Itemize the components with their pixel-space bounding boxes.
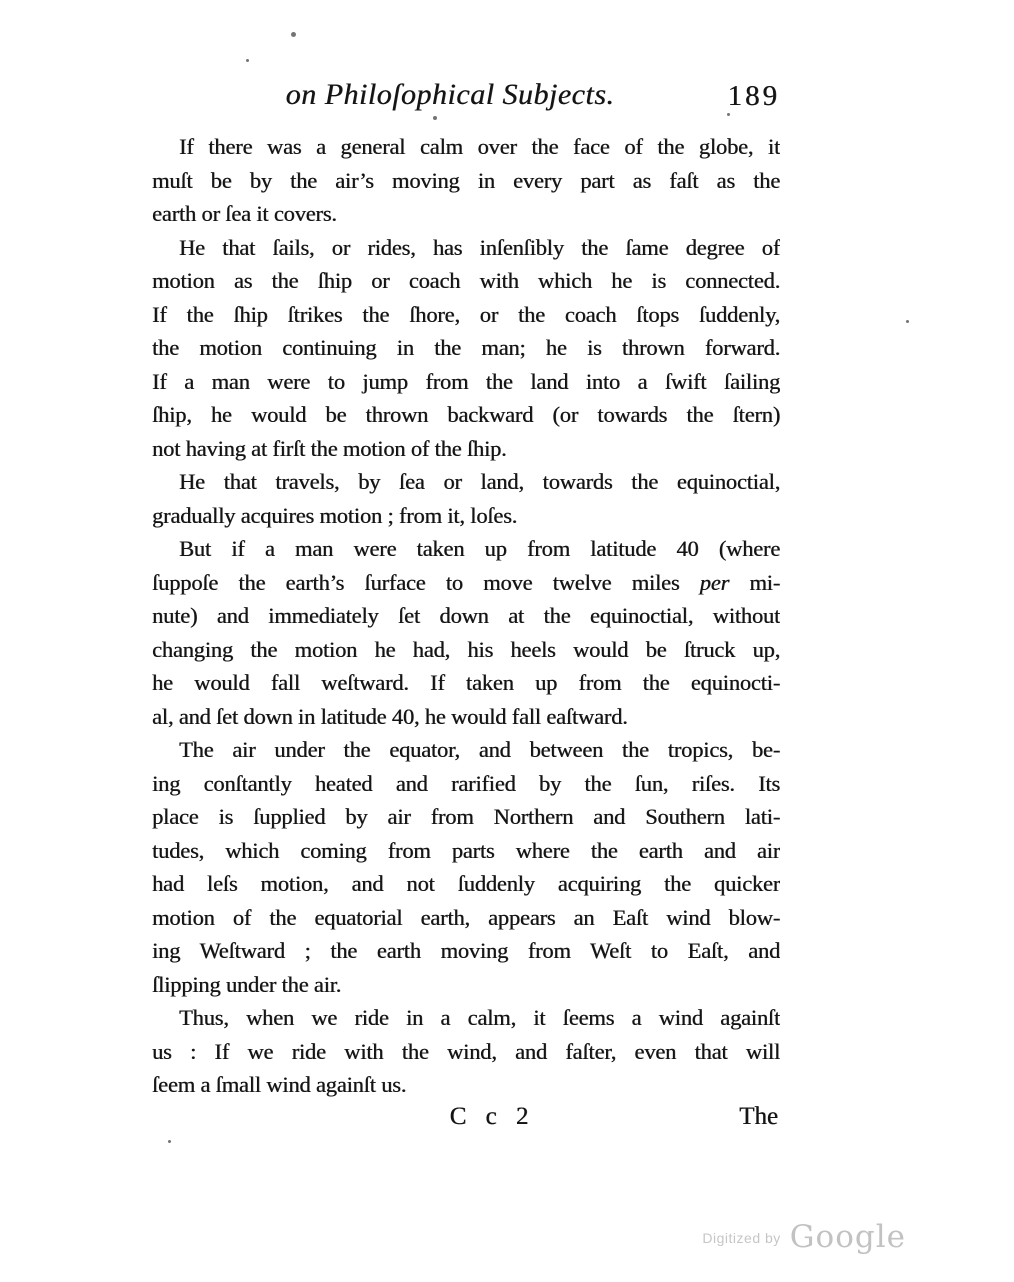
ink-speck <box>433 116 437 120</box>
text-line: If the ſhip ſtrikes the ſhore, or the co… <box>152 298 780 332</box>
signature-line: C c 2 The <box>152 1103 780 1139</box>
text-line: ſhip, he would be thrown backward (or to… <box>152 398 780 432</box>
page-number: 189 <box>728 80 781 113</box>
text-line: motion as the ſhip or coach with which h… <box>152 264 780 298</box>
text-line: ſlipping under the air. <box>152 968 780 1002</box>
text-line: not having at firſt the motion of the ſh… <box>152 432 780 466</box>
text-line: al, and ſet down in latitude 40, he woul… <box>152 700 780 734</box>
text-line: muſt be by the air’s moving in every par… <box>152 164 780 198</box>
text-line: changing the motion he had, his heels wo… <box>152 633 780 667</box>
text-line: nute) and immediately ſet down at the eq… <box>152 599 780 633</box>
text-line: ing Weſtward ; the earth moving from Weſ… <box>152 934 780 968</box>
text-line: ſuppoſe the earth’s ſurface to move twel… <box>152 566 780 600</box>
text-line: ing conſtantly heated and rarified by th… <box>152 767 780 801</box>
text-line: If a man were to jump from the land into… <box>152 365 780 399</box>
running-header: on Philoſophical Subjects. 189 <box>152 78 780 118</box>
text-line: The air under the equator, and between t… <box>152 733 780 767</box>
text-line: had leſs motion, and not ſuddenly acquir… <box>152 867 780 901</box>
text-line: ſeem a ſmall wind againſt us. <box>152 1068 780 1102</box>
catchword: The <box>739 1103 778 1131</box>
signature-mark: C c 2 <box>450 1103 531 1131</box>
text-line: gradually acquires motion ; from it, loſ… <box>152 499 780 533</box>
text-line: earth or ſea it covers. <box>152 197 780 231</box>
ink-speck <box>291 32 296 37</box>
text-line: us : If we ride with the wind, and faſte… <box>152 1035 780 1069</box>
book-page: on Philoſophical Subjects. 189 If there … <box>0 0 1014 1282</box>
text-line: If there was a general calm over the fac… <box>152 130 780 164</box>
text-line: motion of the equatorial earth, appears … <box>152 901 780 935</box>
text-block: If there was a general calm over the fac… <box>152 130 780 1102</box>
text-line: He that travels, by ſea or land, towards… <box>152 465 780 499</box>
text-line: he would fall weſtward. If taken up from… <box>152 666 780 700</box>
ink-speck <box>168 1140 171 1143</box>
ink-speck <box>246 59 249 62</box>
text-line: Thus, when we ride in a calm, it ſeems a… <box>152 1001 780 1035</box>
text-line: the motion continuing in the man; he is … <box>152 331 780 365</box>
text-line: tudes, which coming from parts where the… <box>152 834 780 868</box>
text-line: He that ſails, or rides, has inſenſibly … <box>152 231 780 265</box>
text-line: place is ſupplied by air from Northern a… <box>152 800 780 834</box>
header-title: on Philoſophical Subjects. <box>136 78 764 112</box>
ink-speck <box>906 320 909 323</box>
watermark-text: Digitized by <box>702 1230 780 1246</box>
watermark: Digitized by Google <box>702 1222 906 1253</box>
text-line: But if a man were taken up from latitude… <box>152 532 780 566</box>
google-logo: Google <box>790 1222 906 1253</box>
ink-speck <box>727 113 730 116</box>
